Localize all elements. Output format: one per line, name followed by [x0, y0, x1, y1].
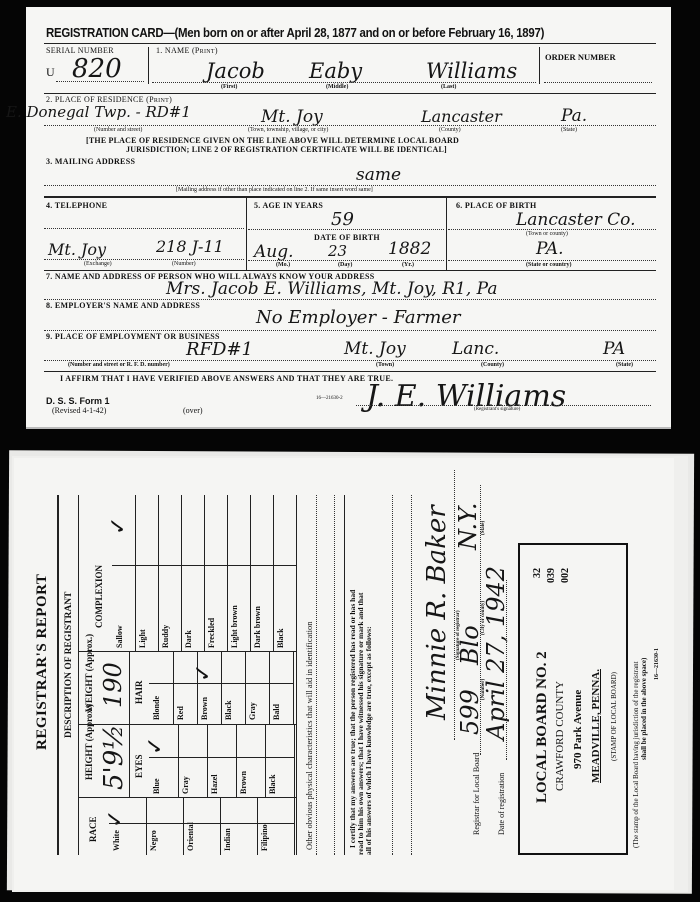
hair-option-red: Red: [176, 706, 185, 720]
employment-state-caption: (State): [616, 362, 633, 368]
weight-header: WEIGHT (Approx.): [84, 634, 94, 712]
revised-date: (Revised 4-1-42): [52, 406, 106, 415]
divider: [129, 724, 296, 725]
stamp-code-3: 002: [560, 568, 571, 583]
contact-line: [44, 299, 656, 300]
stamp-note-1: (The stamp of the Local Board having jur…: [632, 661, 640, 848]
divider: [265, 725, 266, 798]
eyes-option-brown: Brown: [239, 771, 248, 794]
town-caption: (Town, township, village, or city): [248, 127, 328, 133]
complexion-option-light-brown: Light brown: [230, 605, 239, 648]
divider: [246, 198, 247, 270]
report-title: REGISTRAR'S REPORT: [34, 574, 51, 750]
divider: [178, 725, 179, 798]
divider: [79, 724, 129, 725]
divider: [220, 798, 221, 855]
birth-date-label: DATE OF BIRTH: [314, 233, 380, 242]
eyes-option-hazel: Hazel: [210, 774, 219, 794]
complexion-option-freckled: Freckled: [207, 618, 216, 648]
divider: [79, 797, 296, 798]
employer-line: [44, 330, 656, 331]
order-number-label: ORDER NUMBER: [545, 52, 616, 62]
hair-check-icon: ✓: [191, 664, 216, 682]
hair-option-gray: Gray: [248, 702, 257, 720]
divider: [227, 495, 228, 652]
exchange-caption: (Exchange): [84, 261, 112, 267]
eyes-option-blue: Blue: [152, 778, 161, 794]
race-check-icon: ✓: [103, 810, 128, 828]
divider: [44, 371, 656, 372]
report-subtitle: DESCRIPTION OF REGISTRANT: [64, 592, 74, 738]
age-label: 5. AGE IN YEARS: [254, 201, 323, 210]
residence-notice-2: JURISDICTION; LINE 2 OF REGISTRATION CER…: [126, 145, 447, 154]
telephone-line-2: [44, 259, 244, 260]
signature-caption: (Registrant's signature): [474, 407, 520, 412]
date-label: Date of registration: [497, 773, 506, 835]
residence-town: Mt. Joy: [261, 107, 323, 127]
last-name: Williams: [426, 59, 517, 83]
birth-town-caption: (Town or county): [526, 231, 568, 237]
divider: [221, 652, 222, 724]
name-label: 1. NAME (Print): [156, 46, 218, 55]
weight-value: 190: [99, 662, 127, 708]
divider: [269, 652, 270, 724]
mailing-value: same: [356, 165, 401, 185]
divider: [207, 725, 208, 798]
street-caption: (Number and street): [94, 127, 142, 133]
divider: [273, 495, 274, 652]
employment-street-caption: (Number and street or R. F. D. number): [68, 362, 170, 368]
number-caption: (Number): [172, 261, 196, 267]
serial-prefix: U: [46, 65, 55, 80]
birth-month: Aug.: [254, 242, 294, 262]
age-line: [248, 229, 444, 230]
registrar-state: N.Y.: [454, 503, 482, 550]
card-title: REGISTRATION CARD—(Men born on or after …: [46, 25, 544, 40]
stamp-code-2: 039: [546, 568, 557, 583]
complexion-option-dark-brown: Dark brown: [253, 606, 262, 648]
characteristics-line-1: [316, 495, 317, 855]
height-header: HEIGHT (Approx.): [84, 704, 94, 780]
complexion-option-light: Light: [138, 629, 147, 648]
other-characteristics-label: Other obvious physical characteristics t…: [304, 622, 314, 851]
eyes-check-icon: ✓: [143, 737, 168, 755]
divider: [344, 495, 345, 855]
certification-line: [411, 495, 412, 855]
employment-line: [44, 360, 656, 361]
state-caption: (State): [481, 521, 486, 535]
birth-day: 23: [328, 242, 347, 260]
divider: [79, 651, 296, 652]
employment-state: PA: [603, 339, 625, 359]
divider: [146, 798, 147, 855]
birth-place-line-2: [448, 260, 656, 261]
complexion-option-black: Black: [276, 628, 285, 648]
telephone-line-1: [44, 228, 244, 229]
divider: [44, 270, 656, 271]
divider: [149, 683, 293, 684]
stamp-code-1: 32: [532, 568, 543, 578]
stamp-note-2: shall be placed in the above space): [640, 658, 648, 760]
complexion-header: COMPLEXION: [94, 565, 104, 628]
registrar-signature: Minnie R. Baker: [422, 505, 452, 720]
complexion-option-dark: Dark: [184, 630, 193, 648]
divider: [44, 93, 656, 94]
affirmation-text: I AFFIRM THAT I HAVE VERIFIED ABOVE ANSW…: [60, 374, 393, 383]
race-header: RACE: [88, 816, 98, 842]
hair-option-brown: Brown: [200, 697, 209, 720]
race-option-oriental: Oriental: [186, 822, 195, 851]
race-option-indian: Indian: [223, 828, 232, 851]
order-line: [544, 82, 652, 83]
divider: [257, 798, 258, 855]
local-board-stamp: LOCAL BOARD NO. 2 CRAWFORD COUNTY 970 Pa…: [518, 543, 628, 855]
birth-place-line-1: [448, 229, 656, 230]
complexion-option-ruddy: Ruddy: [161, 625, 170, 648]
characteristics-line-2: [334, 495, 335, 855]
hair-option-blonde: Blonde: [152, 696, 161, 720]
registration-card-back: REGISTRAR'S REPORT DESCRIPTION OF REGIST…: [14, 458, 674, 890]
county-caption: (County): [439, 127, 461, 133]
stamp-line-2: CRAWFORD COUNTY: [554, 681, 566, 791]
contact-value: Mrs. Jacob E. Williams, Mt. Joy, R1, Pa: [166, 279, 497, 299]
serial-number-value: 820: [72, 54, 122, 84]
telephone-label: 4. TELEPHONE: [46, 201, 107, 210]
eyes-option-gray: Gray: [181, 776, 190, 794]
mailing-caption: [Mailing address if other than place ind…: [176, 187, 373, 193]
hair-header: HAIR: [134, 680, 144, 704]
divider: [294, 725, 295, 798]
month-caption: (Mo.): [276, 262, 290, 268]
residence-state: Pa.: [561, 106, 587, 126]
age-value: 59: [331, 209, 354, 230]
employment-street: RFD#1: [186, 339, 253, 360]
divider: [109, 823, 294, 824]
mailing-line: [44, 185, 656, 186]
birth-place-label: 6. PLACE OF BIRTH: [456, 201, 537, 210]
stamp-line-3: 970 Park Avenue: [572, 690, 584, 769]
employment-county-caption: (County): [481, 362, 504, 368]
name-line: [152, 82, 536, 83]
mailing-label: 3. MAILING ADDRESS: [46, 157, 135, 166]
employment-town-caption: (Town): [376, 362, 394, 368]
telephone-number: 218 J-11: [156, 237, 224, 256]
year-caption: (Yr.): [402, 262, 414, 268]
birth-year: 1882: [388, 239, 431, 259]
divider: [250, 495, 251, 652]
date-line: [506, 580, 507, 760]
divider: [129, 652, 130, 798]
residence-street: E. Donegal Twp. - RD#1: [6, 103, 191, 121]
race-option-white: White: [112, 830, 121, 851]
divider: [293, 652, 294, 724]
residence-county: Lancaster: [421, 107, 502, 126]
divider: [149, 757, 294, 758]
birth-place-town: Lancaster Co.: [516, 210, 636, 230]
race-option-filipino: Filipino: [260, 824, 269, 851]
registration-card-front: REGISTRATION CARD—(Men born on or after …: [26, 7, 671, 427]
back-print-code: 16—21630-1: [654, 648, 660, 680]
divider: [112, 565, 296, 566]
stamp-caption: (STAMP OF LOCAL BOARD): [610, 672, 618, 761]
divider: [294, 798, 295, 855]
employer-value: No Employer - Farmer: [256, 307, 461, 328]
form-id: D. S. S. Form 1: [46, 396, 110, 406]
divider: [173, 652, 174, 724]
divider: [204, 495, 205, 652]
day-caption: (Day): [338, 262, 352, 268]
birth-state-caption: (State or country): [526, 262, 572, 268]
divider: [57, 495, 59, 855]
divider: [44, 196, 656, 198]
divider: [446, 198, 447, 270]
divider: [78, 495, 79, 855]
divider: [148, 47, 149, 84]
last-caption: (Last): [441, 84, 456, 90]
height-value: 5'9½: [99, 725, 129, 790]
complexion-check-icon: ✓: [106, 517, 131, 535]
divider: [539, 47, 540, 84]
registrar-for-label: Registrar for Local Board: [472, 753, 481, 835]
employer-label: 8. EMPLOYER'S NAME AND ADDRESS: [46, 301, 200, 310]
employment-town: Mt. Joy: [344, 339, 406, 359]
divider: [135, 495, 136, 652]
first-caption: (First): [221, 84, 237, 90]
divider: [158, 495, 159, 652]
middle-name: Eaby: [309, 59, 362, 83]
hair-option-black: Black: [224, 700, 233, 720]
complexion-option-sallow: Sallow: [115, 625, 124, 648]
telephone-exchange: Mt. Joy: [48, 240, 106, 259]
residence-line: [44, 125, 656, 126]
certification-line: [392, 495, 393, 855]
registrars-report: REGISTRAR'S REPORT DESCRIPTION OF REGIST…: [14, 458, 674, 890]
signature-line: [356, 405, 651, 406]
race-option-negro: Negro: [149, 830, 158, 851]
divider: [183, 798, 184, 855]
hair-option-bald: Bald: [272, 704, 281, 720]
certification-line-3: all of his answers of which I have knowl…: [364, 626, 373, 855]
stamp-line-1: LOCAL BOARD NO. 2: [534, 651, 551, 803]
birth-place-state: PA.: [536, 239, 564, 259]
stamp-line-4: MEADVILLE, PENNA.: [590, 669, 602, 783]
middle-caption: (Middle): [326, 84, 348, 90]
eyes-option-black: Black: [268, 774, 277, 794]
registrant-signature: J. E. Williams: [366, 379, 566, 414]
divider: [296, 495, 297, 855]
residence-notice-1: [THE PLACE OF RESIDENCE GIVEN ON THE LIN…: [86, 136, 459, 145]
divider: [236, 725, 237, 798]
divider: [245, 652, 246, 724]
print-code: 16—21630-2: [316, 396, 343, 401]
state-caption: (State): [561, 127, 577, 133]
first-name: Jacob: [206, 59, 265, 83]
divider: [181, 495, 182, 652]
birth-date-line: [248, 260, 444, 261]
over-note: (over): [183, 406, 203, 415]
employment-county: Lanc.: [452, 339, 499, 359]
divider: [44, 43, 656, 44]
eyes-header: EYES: [134, 754, 144, 778]
